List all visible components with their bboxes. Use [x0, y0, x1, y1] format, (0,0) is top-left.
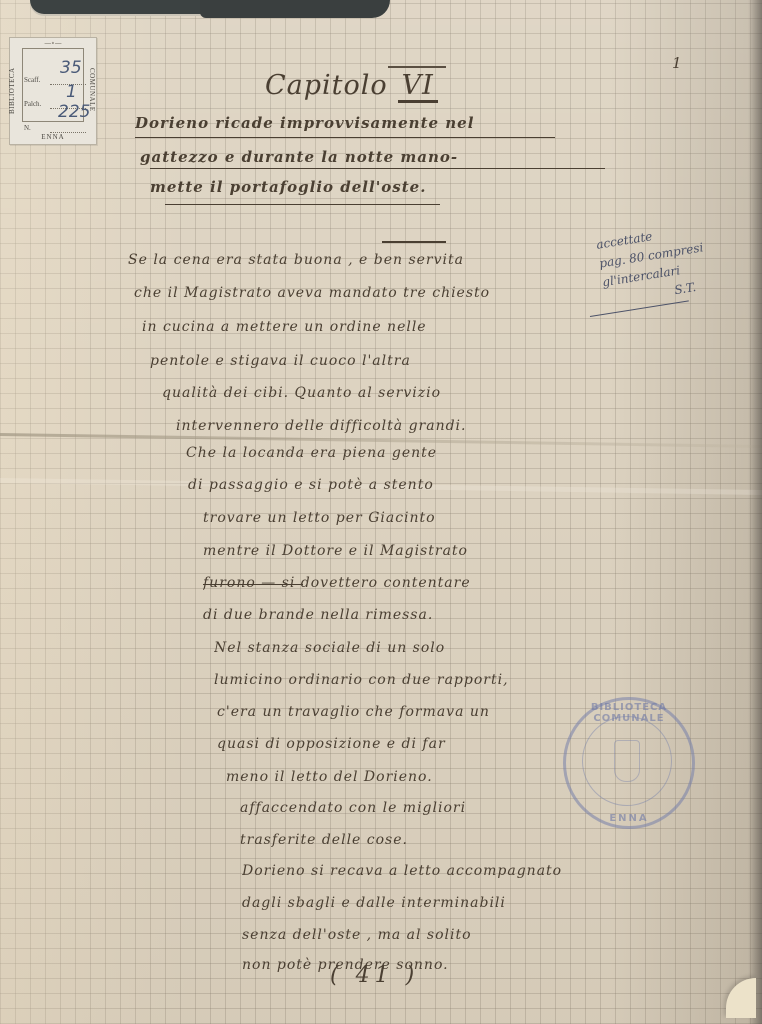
label-value-palch: 1 [66, 82, 77, 102]
manuscript-line: trasferite delle cose. [240, 832, 580, 848]
manuscript-line: dagli sbagli e dalle interminabili [242, 895, 580, 911]
manuscript-line: di due brande nella rimessa. [203, 607, 600, 623]
manuscript-line: affaccendato con le migliori [240, 800, 580, 816]
manuscript-line: quasi di opposizione e di far [217, 736, 580, 752]
torn-edge [200, 0, 390, 18]
page-edge-shadow [748, 0, 762, 1024]
chapter-word: Capitolo [265, 70, 388, 101]
manuscript-line: Nel stanza sociale di un solo [214, 640, 600, 656]
manuscript-line: Dorieno si recava a letto accompagnato [242, 863, 580, 879]
subtitle-line: gattezzo e durante la notte mano- [140, 148, 600, 166]
chapter-title: CapitoloVI [265, 70, 438, 103]
crest-icon [614, 740, 640, 782]
library-shelf-label: —∘— BIBLIOTECA COMUNALE Scaff. Palch. N.… [9, 37, 97, 145]
manuscript-line: Se la cena era stata buona , e ben servi… [128, 252, 600, 268]
label-field-n: N. [24, 124, 31, 132]
label-value-n: 225 [58, 102, 90, 122]
label-value-scaff: 35 [60, 58, 82, 78]
chapter-number: VI [398, 72, 438, 103]
subtitle-line: Dorieno ricade improvvisamente nel [135, 114, 555, 132]
manuscript-line: lumicino ordinario con due rapporti, [214, 672, 580, 688]
manuscript-line: Che la locanda era piena gente [186, 445, 600, 461]
label-field-scaff: Scaff. [24, 76, 40, 84]
manuscript-line: mentre il Dottore e il Magistrato [203, 543, 600, 559]
subtitle-line: mette il portafoglio dell'oste. [150, 178, 530, 196]
label-side-left: BIBLIOTECA [8, 56, 22, 126]
manuscript-line: pentole e stigava il cuoco l'altra [150, 353, 600, 369]
folio-number: ( 41 ) [330, 963, 419, 988]
manuscript-line: di passaggio e si potè a stento [188, 477, 600, 493]
manuscript-line: trovare un letto per Giacinto [203, 510, 600, 526]
manuscript-line: che il Magistrato aveva mandato tre chie… [134, 285, 600, 301]
manuscript-line: meno il letto del Dorieno. [226, 769, 580, 785]
margin-note: accettate pag. 80 compresi gl'intercalar… [595, 213, 755, 312]
manuscript-line: furono — si dovettero contentare [203, 575, 600, 591]
library-stamp: BIBLIOTECA COMUNALE ENNA [563, 697, 695, 829]
manuscript-line: senza dell'oste , ma al solito [242, 927, 580, 943]
manuscript-line: intervennero delle difficoltà grandi. [176, 418, 600, 434]
stamp-text-top: BIBLIOTECA COMUNALE [566, 702, 692, 724]
corner-curl [726, 978, 756, 1018]
label-ornament: —∘— [40, 40, 66, 46]
manuscript-line: c'era un travaglio che formava un [217, 704, 580, 720]
page-number: 1 [672, 54, 682, 72]
section-divider [382, 241, 446, 243]
manuscript-page: —∘— BIBLIOTECA COMUNALE Scaff. Palch. N.… [0, 0, 762, 1024]
manuscript-line: qualità dei cibi. Quanto al servizio [162, 385, 600, 401]
label-bottom: ENNA [10, 133, 96, 141]
label-field-palch: Palch. [24, 100, 41, 108]
stamp-text-bottom: ENNA [566, 813, 692, 824]
subtitle-underline [165, 204, 440, 205]
manuscript-line: in cucina a mettere un ordine nelle [142, 319, 600, 335]
